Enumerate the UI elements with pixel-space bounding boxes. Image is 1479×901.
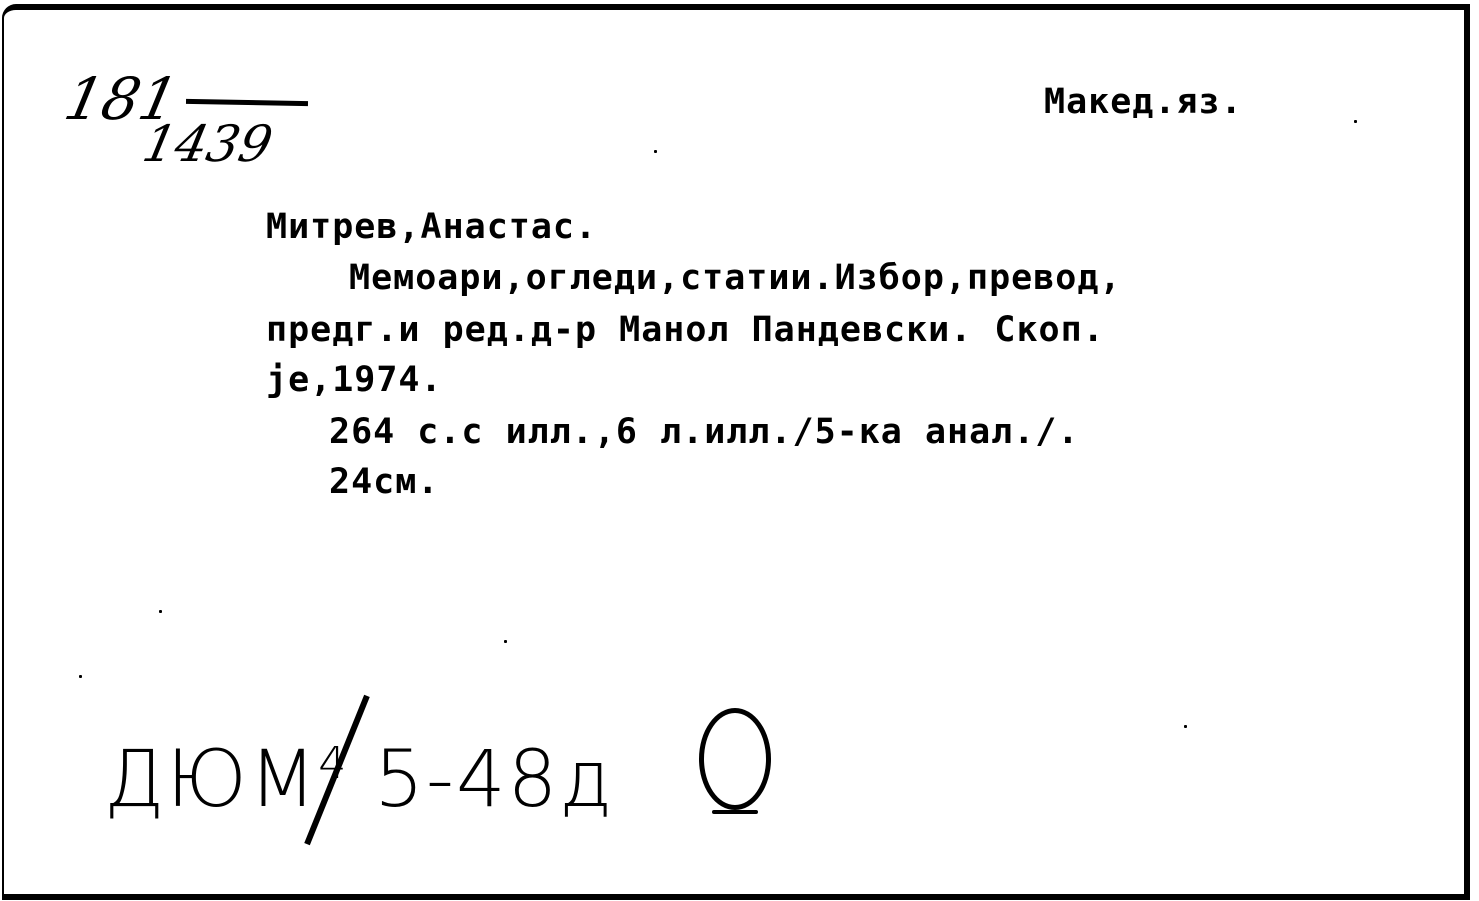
call-number: ДЮМ45-48д: [104, 735, 614, 825]
title-line-1: Мемоари,огледи,статии.Избор,превод,: [349, 258, 1122, 298]
catalog-card: 181 1439 Макед.яз. Митрев,Анастас. Мемоа…: [2, 4, 1470, 900]
speck: [159, 610, 162, 613]
speck: [79, 675, 82, 678]
call-number-rest: 5-48д: [374, 735, 614, 825]
circle-underline: [712, 810, 758, 814]
collation-line: 264 с.с илл.,6 л.илл./5-ка анал./.: [329, 412, 1079, 452]
circle-mark-icon: [699, 708, 771, 810]
author-heading: Митрев,Анастас.: [266, 207, 597, 247]
shelf-mark-denominator: 1439: [138, 115, 278, 173]
size-line: 24см.: [329, 462, 439, 502]
speck: [504, 640, 507, 643]
title-line-3: је,1974.: [266, 360, 443, 400]
language-note: Макед.яз.: [1044, 82, 1243, 122]
speck: [654, 150, 657, 153]
speck: [1184, 725, 1187, 728]
shelf-mark-divider: [186, 99, 308, 106]
call-number-prefix: ДЮМ: [104, 735, 318, 825]
title-line-2: предг.и ред.д-р Манол Пандевски. Скоп.: [266, 310, 1105, 350]
speck: [1354, 120, 1357, 123]
